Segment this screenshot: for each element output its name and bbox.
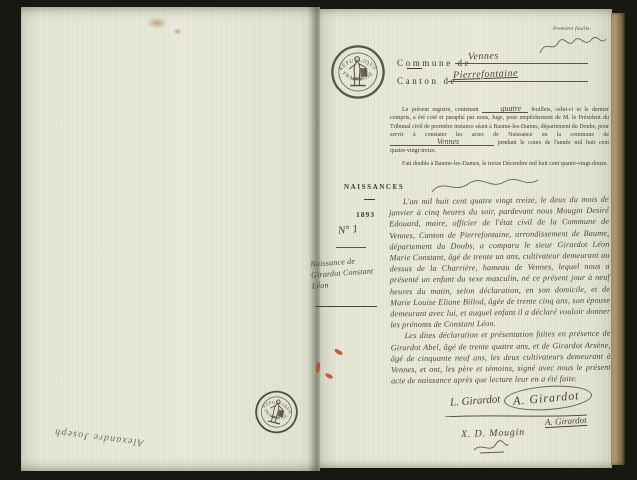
paper-stain [146,17,168,29]
margin-year: 1893 [356,210,375,219]
printed-preamble: Le présent registre, contenant quatre fe… [390,106,609,168]
paper-stain [173,28,182,35]
header-dash [407,68,422,69]
act-title-underline [315,306,377,307]
commune-rule [455,63,588,64]
mayor-paraph-icon [470,440,510,456]
preamble-closing: Fait double à Baume-les-Dames, le treize… [390,160,609,168]
republique-francaise-stamp-icon [329,43,387,101]
section-title-naissances: NAISSANCES [344,183,404,191]
sheet-number-label: Première feuille. [553,27,591,32]
birth-act-handwritten-text: L'an mil huit cent quatre vingt treize, … [389,194,611,387]
margin-dash [364,199,375,200]
signature-mayor: X. D. Mougin [461,427,525,440]
book-page-edges [611,13,625,465]
act-body-paragraph: L'an mil huit cent quatre vingt treize, … [389,194,611,331]
act-witnesses-paragraph: Les dites déclaration et présentation fa… [390,328,611,387]
commune-filled-handwritten: Vennes [390,139,494,146]
preamble-part1: Le présent registre, contenant [402,107,479,113]
signature-witness-2: A. Girardot [545,415,587,428]
act-number-handwritten: N° 1 [337,223,358,237]
feuillets-filled-handwritten: quatre [482,106,528,113]
canton-row: Canton de [397,71,457,89]
act-number-underline [336,247,366,248]
commune-value-handwritten: Vennes [468,50,499,62]
canton-rule [448,81,588,82]
preamble-paragraph: Le présent registre, contenant quatre fe… [390,106,609,156]
act-title-handwritten: Naissance de Girardot Constant Léon [310,253,388,291]
handwritten-paraph-icon [534,33,610,59]
canton-value-handwritten: Pierrefontaine [453,68,518,81]
